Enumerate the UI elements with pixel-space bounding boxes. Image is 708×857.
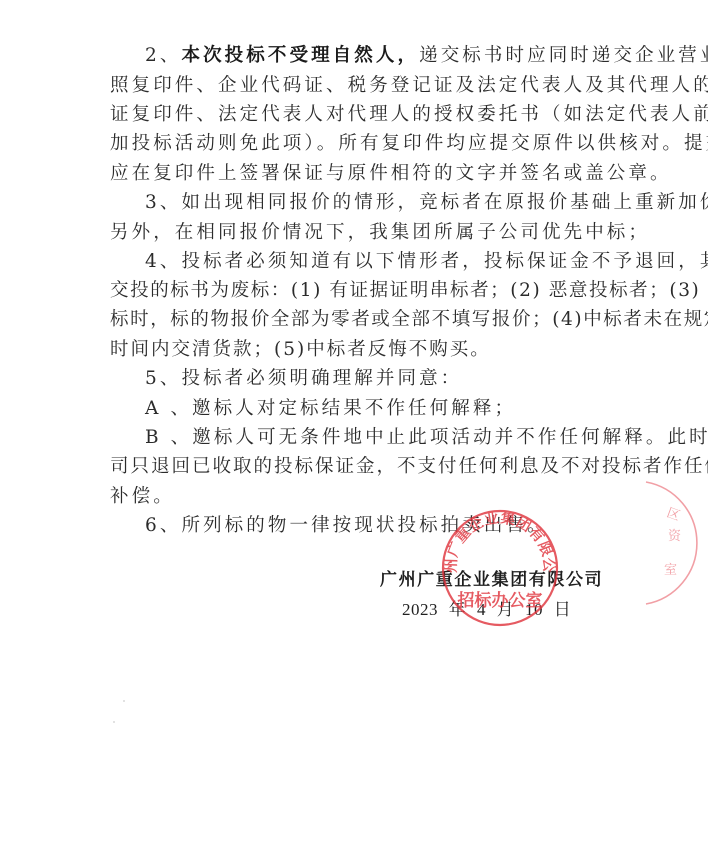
item-4-line-2: 交投的标书为废标：(1) 有证据证明串标者；(2) 恶意投标者；(3) 投 — [110, 276, 607, 306]
scan-speck — [113, 721, 115, 723]
item-4-line-4: 时间内交清货款；(5)中标者反悔不购买。 — [110, 335, 607, 365]
item-5-option-b-line-1: B 、邀标人可无条件地中止此项活动并不作任何解释。此时本公 — [132, 423, 607, 453]
item-2-line-3: 证复印件、法定代表人对代理人的授权委托书（如法定代表人前来参 — [110, 100, 607, 130]
item-2-line-1: 2、本次投标不受理自然人，递交标书时应同时递交企业营业执 — [132, 41, 607, 71]
item-number: 2、 — [145, 45, 181, 66]
item-5-option-a: A 、邀标人对定标结果不作任何解释； — [132, 394, 607, 424]
svg-text:室: 室 — [664, 563, 677, 578]
item-5-option-b-line-2: 司只退回已收取的投标保证金，不支付任何利息及不对投标者作任何 — [110, 452, 607, 482]
partial-seal-icon: 区 资 室 — [636, 478, 708, 608]
line-text: 递交标书时应同时递交企业营业执 — [419, 45, 708, 66]
item-4-line-3: 标时，标的物报价全部为零者或全部不填写报价；(4)中标者未在规定 — [110, 305, 607, 335]
bold-emphasis: 本次投标不受理自然人， — [181, 45, 419, 66]
item-6-line-1: 6、所列标的物一律按现状投标拍卖出售。 — [132, 511, 607, 541]
signature-company: 广州广重企业集团有限公司 — [380, 565, 578, 595]
item-2-line-2: 照复印件、企业代码证、税务登记证及法定代表人及其代理人的身份 — [110, 71, 607, 101]
document-page: 2、本次投标不受理自然人，递交标书时应同时递交企业营业执 照复印件、企业代码证、… — [0, 0, 708, 857]
item-5-line-1: 5、投标者必须明确理解并同意： — [132, 364, 607, 394]
svg-text:资: 资 — [668, 528, 682, 544]
svg-text:区: 区 — [665, 506, 682, 525]
item-2-line-5: 应在复印件上签署保证与原件相符的文字并签名或盖公章。 — [110, 159, 607, 189]
item-2-line-4: 加投标活动则免此项）。所有复印件均应提交原件以供核对。提交者 — [110, 129, 607, 159]
scan-speck — [123, 700, 125, 702]
item-5-option-b-line-3: 补偿。 — [110, 482, 607, 512]
item-4-line-1: 4、投标者必须知道有以下情形者，投标保证金不予退回，其所 — [132, 247, 607, 277]
item-3-line-1: 3、如出现相同报价的情形，竞标者在原报价基础上重新加价。 — [132, 188, 607, 218]
item-3-line-2: 另外，在相同报价情况下，我集团所属子公司优先中标； — [110, 218, 607, 248]
signature-date: 2023 年 4 月 10 日 — [402, 595, 571, 625]
